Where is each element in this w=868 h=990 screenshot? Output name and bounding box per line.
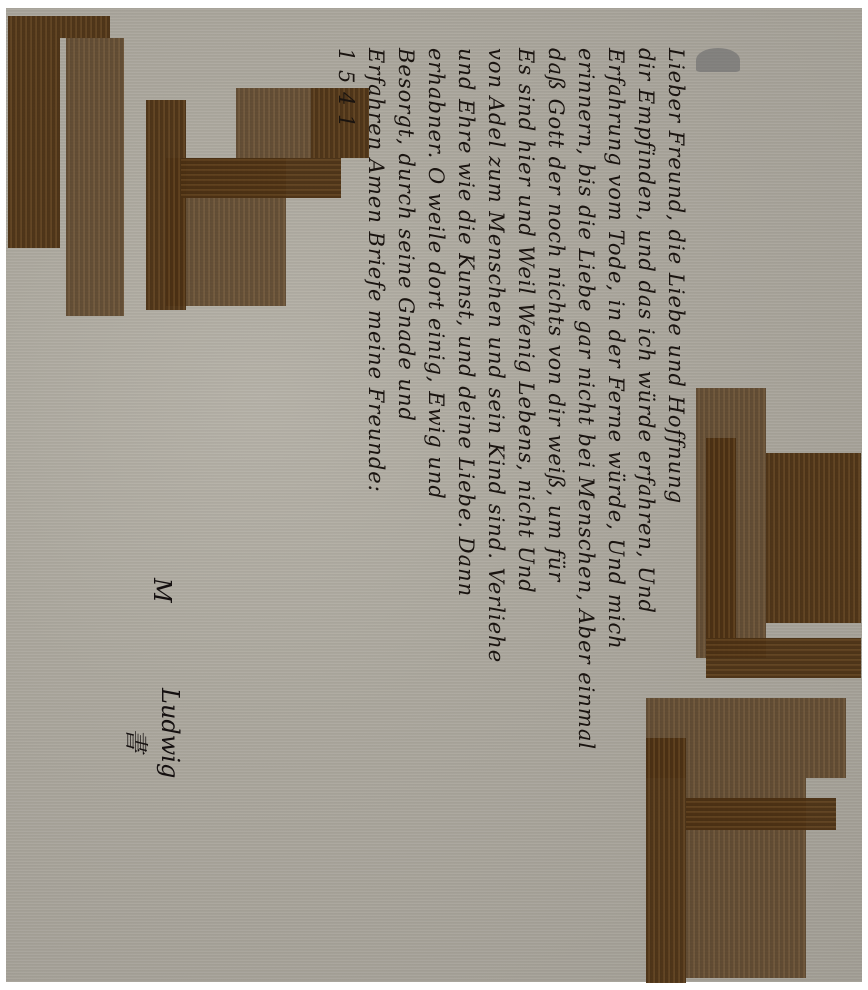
script-line: erinnern, bis die Liebe gar nicht bei Me… — [571, 48, 601, 750]
brown-block — [8, 38, 60, 248]
signature-characters: 書 — [121, 728, 156, 752]
script-line: Erfahren Amen Briefe meine Freunde: — [361, 48, 391, 750]
handwritten-letter: Lieber Freund, die Liebe und Hoffnung di… — [331, 48, 691, 750]
script-line: Es sind hier und Weil Wenig Lebens, nich… — [511, 48, 541, 750]
brown-block — [646, 738, 686, 983]
brown-block — [706, 438, 736, 638]
brown-block — [766, 453, 861, 623]
brown-block — [8, 16, 110, 38]
brown-block — [236, 88, 311, 158]
script-line: dir Empfinden, und das ich würde erfahre… — [631, 48, 661, 750]
script-line: daß Gott der noch nichts von dir weiß, u… — [541, 48, 571, 750]
brown-block — [181, 158, 341, 198]
script-line: Lieber Freund, die Liebe und Hoffnung — [661, 48, 691, 750]
brown-block — [706, 638, 861, 678]
gray-smudge — [696, 48, 740, 72]
script-line: von Adel zum Menschen und sein Kind sind… — [481, 48, 511, 750]
script-line: und Ehre wie die Kunst, und deine Liebe.… — [451, 48, 481, 750]
script-line: Besorgt, durch seine Gnade und — [391, 48, 421, 750]
script-line: erhabner. O weile dort einig, Ewig und — [421, 48, 451, 750]
signature-name: Ludwig — [156, 688, 184, 778]
script-line: 1 5 4 1 — [331, 48, 361, 750]
rug: Lieber Freund, die Liebe und Hoffnung di… — [6, 8, 862, 982]
script-line: Erfahrung vom Tode, in der Ferne würde, … — [601, 48, 631, 750]
signature-mark: M — [148, 578, 176, 603]
brown-block — [686, 798, 836, 830]
brown-block — [66, 38, 124, 316]
